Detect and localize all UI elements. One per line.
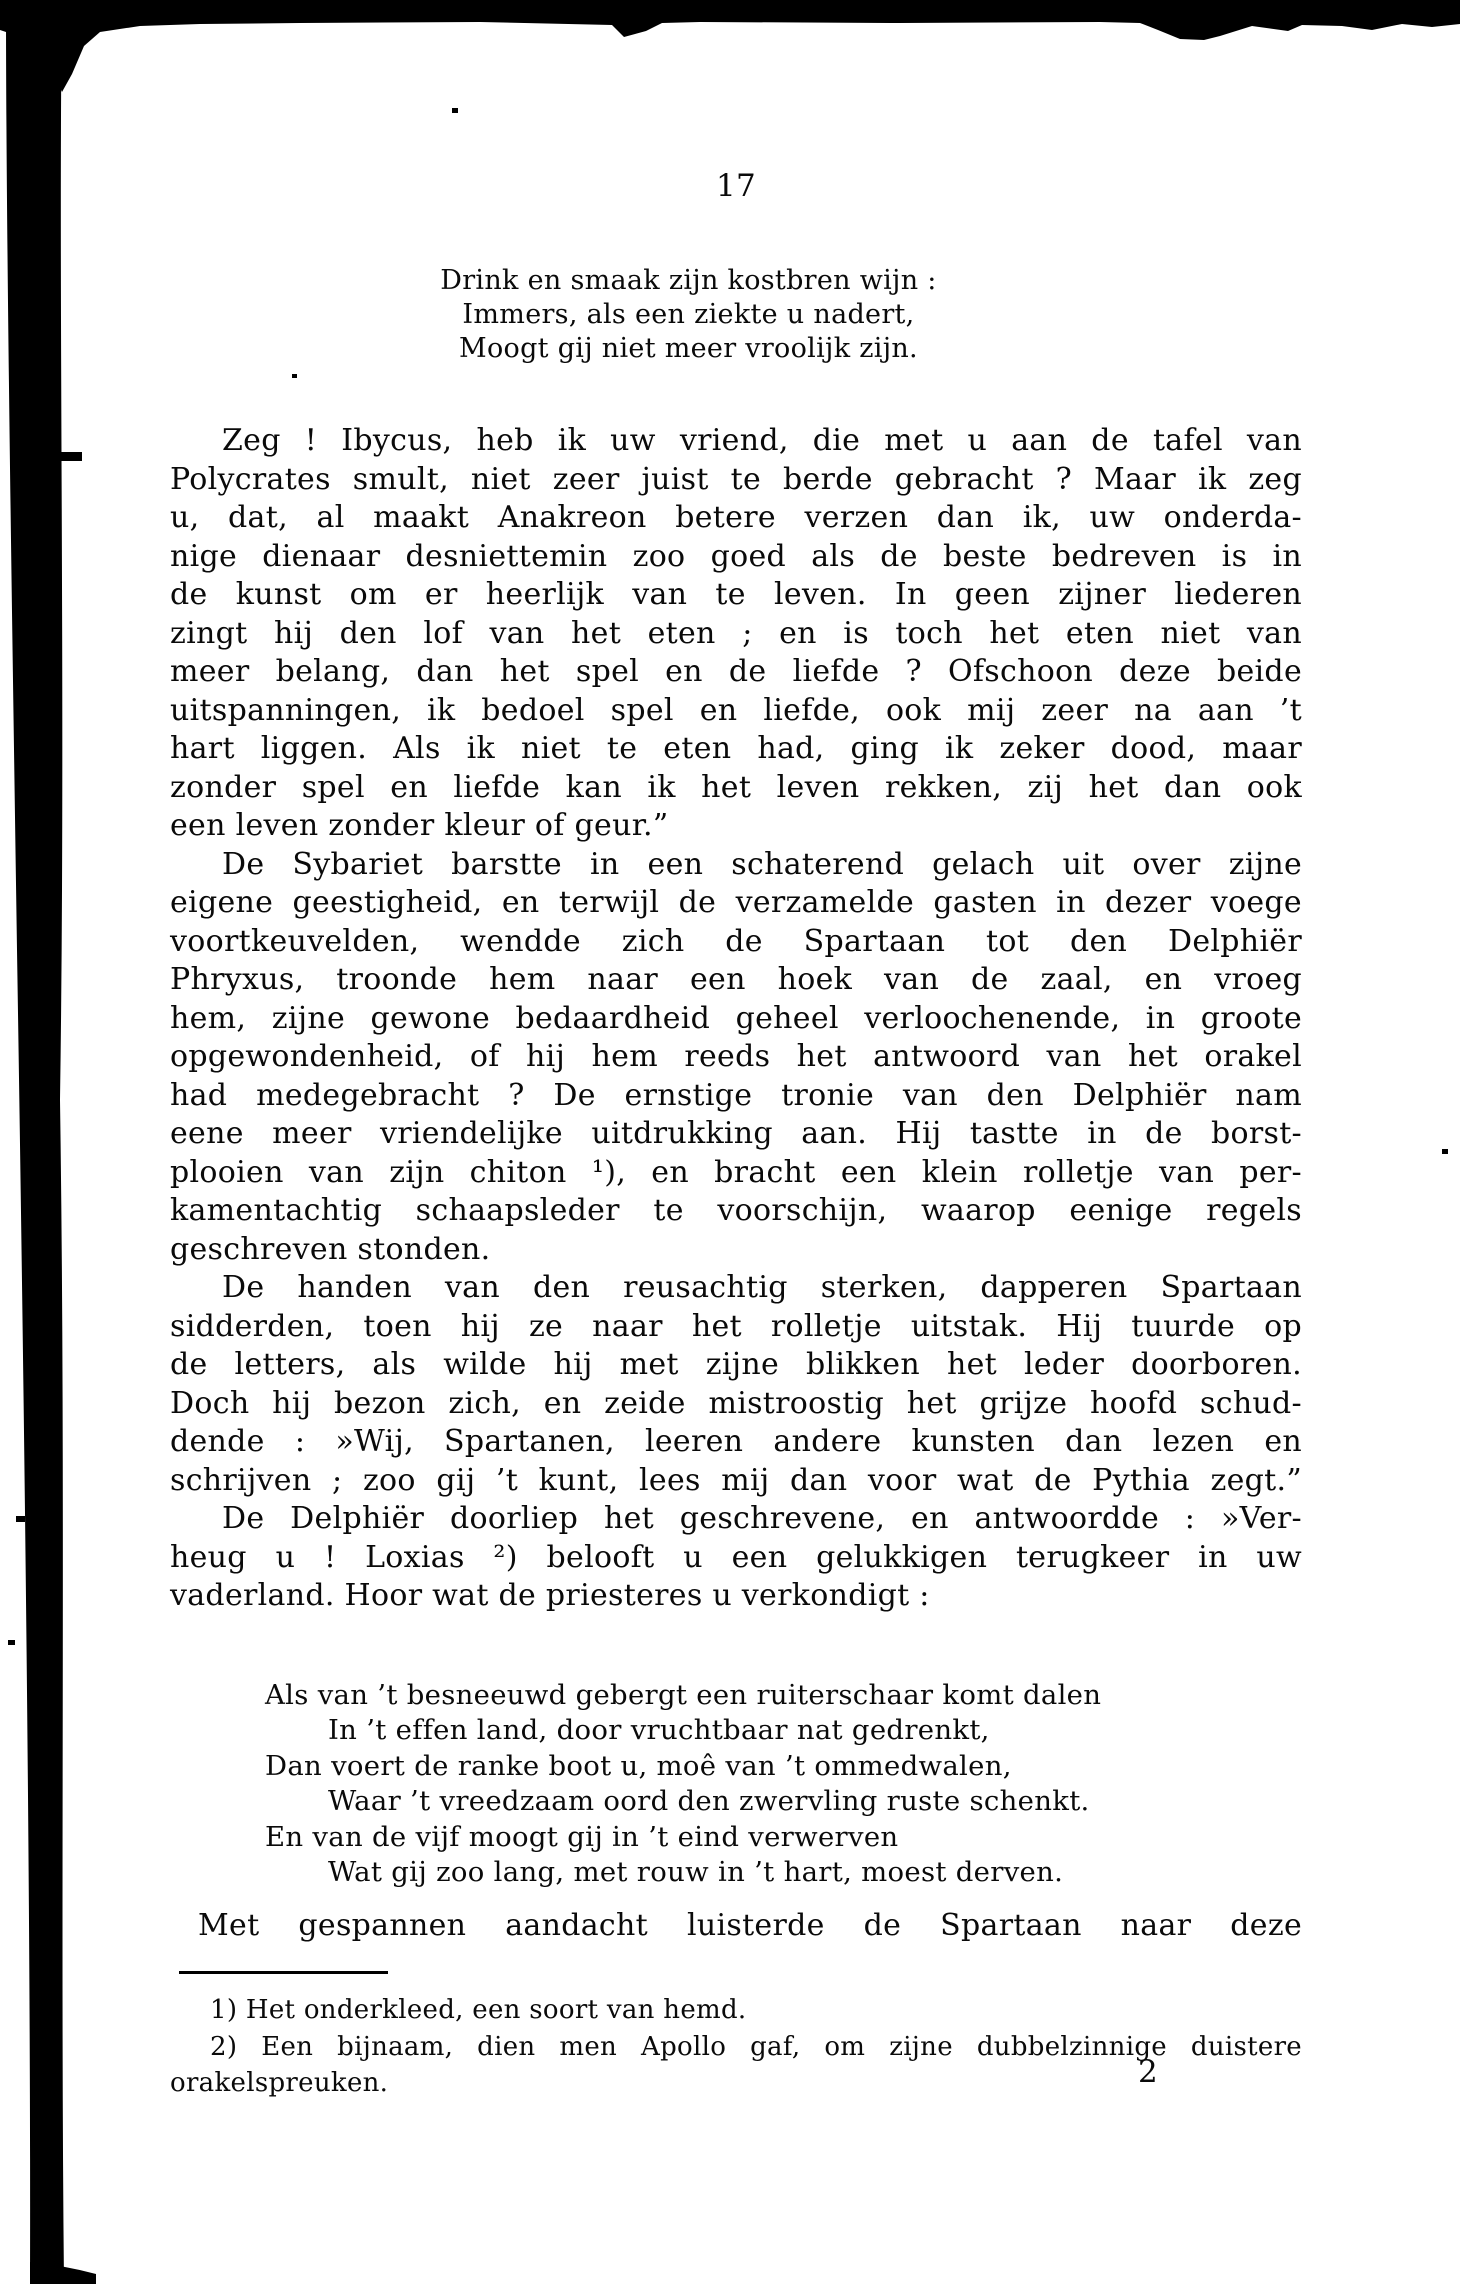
oracle-verse-line: Waar ’t vreedzaam oord den zwervling rus… xyxy=(170,1784,1302,1820)
paragraph-line: hart liggen. Als ik niet te eten had, gi… xyxy=(170,730,1302,769)
footnote-line: 1) Het onderkleed, een soort van hemd. xyxy=(170,1992,1302,2029)
paragraph-line: uitspanningen, ik bedoel spel en liefde,… xyxy=(170,692,1302,731)
paragraph-line: Met gespannen aandacht luisterde de Spar… xyxy=(170,1907,1302,1946)
oracle-verse-line: Wat gij zoo lang, met rouw in ’t hart, m… xyxy=(170,1855,1302,1891)
paragraph-line: voortkeuvelden, wendde zich de Spartaan … xyxy=(170,923,1302,962)
paragraph-line: de letters, als wilde hij met zijne blik… xyxy=(170,1346,1302,1385)
paragraph-line: meer belang, dan het spel en de liefde ?… xyxy=(170,653,1302,692)
paragraph-line: De Sybariet barstte in een schaterend ge… xyxy=(170,846,1302,885)
paragraph-line: de kunst om er heerlijk van te leven. In… xyxy=(170,576,1302,615)
ink-speck xyxy=(8,1640,15,1645)
oracle-verse: Als van ’t besneeuwd gebergt een ruiters… xyxy=(170,1678,1302,1891)
paragraph-line: geschreven stonden. xyxy=(170,1231,1302,1270)
paragraph-line: zonder spel en liefde kan ik het leven r… xyxy=(170,769,1302,808)
paragraph-line: sidderden, toen hij ze naar het rolletje… xyxy=(170,1308,1302,1347)
footnote-line: 2) Een bijnaam, dien men Apollo gaf, om … xyxy=(170,2029,1302,2066)
epigraph-line: Moogt gij niet meer vroolijk zijn. xyxy=(170,332,1207,366)
oracle-verse-line: In ’t effen land, door vruchtbaar nat ge… xyxy=(170,1713,1302,1749)
paragraph-line: kamentachtig schaapsleder te voorschijn,… xyxy=(170,1192,1302,1231)
epigraph-line: Drink en smaak zijn kostbren wijn : xyxy=(170,264,1207,298)
ink-speck xyxy=(1442,1149,1448,1154)
paragraph-dialogue-anakreon: Zeg ! Ibycus, heb ik uw vriend, die met … xyxy=(170,422,1302,846)
paragraph-line: Doch hij bezon zich, en zeide mistroosti… xyxy=(170,1385,1302,1424)
paragraph-spartaan-rolletje: De handen van den reusachtig sterken, da… xyxy=(170,1269,1302,1500)
paragraph-line: een leven zonder kleur of geur.” xyxy=(170,807,1302,846)
paragraph-line: opgewondenheid, of hij hem reeds het ant… xyxy=(170,1038,1302,1077)
paragraph-line: eigene geestigheid, en terwijl de verzam… xyxy=(170,884,1302,923)
page-number-top: 17 xyxy=(170,166,1302,206)
oracle-verse-line: Dan voert de ranke boot u, moê van ’t om… xyxy=(170,1749,1302,1785)
footnote-line: orakelspreuken. xyxy=(170,2065,1302,2102)
paragraph-line: Polycrates smult, niet zeer juist te ber… xyxy=(170,461,1302,500)
paragraph-line: dende : »Wij, Spartanen, leeren andere k… xyxy=(170,1423,1302,1462)
paragraph-line: schrijven ; zoo gij ’t kunt, lees mij da… xyxy=(170,1462,1302,1501)
closing-paragraph: Met gespannen aandacht luisterde de Spar… xyxy=(170,1907,1302,1946)
paragraph-line: hem, zijne gewone bedaardheid geheel ver… xyxy=(170,1000,1302,1039)
paragraph-line: vaderland. Hoor wat de priesteres u verk… xyxy=(170,1577,1302,1616)
paragraph-delphier-antwoord: De Delphiër doorliep het geschrevene, en… xyxy=(170,1500,1302,1616)
paragraph-line: heug u ! Loxias ²) belooft u een gelukki… xyxy=(170,1539,1302,1578)
paragraph-line: had medegebracht ? De ernstige tronie va… xyxy=(170,1077,1302,1116)
paragraph-line: eene meer vriendelijke uitdrukking aan. … xyxy=(170,1115,1302,1154)
text-column: 17 Drink en smaak zijn kostbren wijn :Im… xyxy=(170,0,1302,2102)
paragraph-sybariet-spartaan: De Sybariet barstte in een schaterend ge… xyxy=(170,846,1302,1270)
paragraph-line: plooien van zijn chiton ¹), en bracht ee… xyxy=(170,1154,1302,1193)
paragraph-line: De Delphiër doorliep het geschrevene, en… xyxy=(170,1500,1302,1539)
paragraph-line: u, dat, al maakt Anakreon betere verzen … xyxy=(170,499,1302,538)
signature-number-bottom: 2 xyxy=(1138,2054,1158,2090)
footnote-separator-rule xyxy=(179,1971,388,1974)
epigraph-verse: Drink en smaak zijn kostbren wijn :Immer… xyxy=(170,264,1302,366)
scan-artifact-left-bar xyxy=(6,0,64,2284)
paragraph-line: zingt hij den lof van het eten ; en is t… xyxy=(170,615,1302,654)
epigraph-line: Immers, als een ziekte u nadert, xyxy=(170,298,1207,332)
footnotes: 1) Het onderkleed, een soort van hemd.2)… xyxy=(170,1992,1302,2102)
body-text: Zeg ! Ibycus, heb ik uw vriend, die met … xyxy=(170,422,1302,1616)
scanned-book-page: 17 Drink en smaak zijn kostbren wijn :Im… xyxy=(0,0,1460,2284)
oracle-verse-line: Als van ’t besneeuwd gebergt een ruiters… xyxy=(170,1678,1302,1714)
paragraph-line: Zeg ! Ibycus, heb ik uw vriend, die met … xyxy=(170,422,1302,461)
ink-speck xyxy=(58,452,82,461)
paragraph-line: Phryxus, troonde hem naar een hoek van d… xyxy=(170,961,1302,1000)
paragraph-line: nige dienaar desniettemin zoo goed als d… xyxy=(170,538,1302,577)
oracle-verse-line: En van de vijf moogt gij in ’t eind verw… xyxy=(170,1820,1302,1856)
ink-speck xyxy=(16,1516,25,1522)
paragraph-line: De handen van den reusachtig sterken, da… xyxy=(170,1269,1302,1308)
